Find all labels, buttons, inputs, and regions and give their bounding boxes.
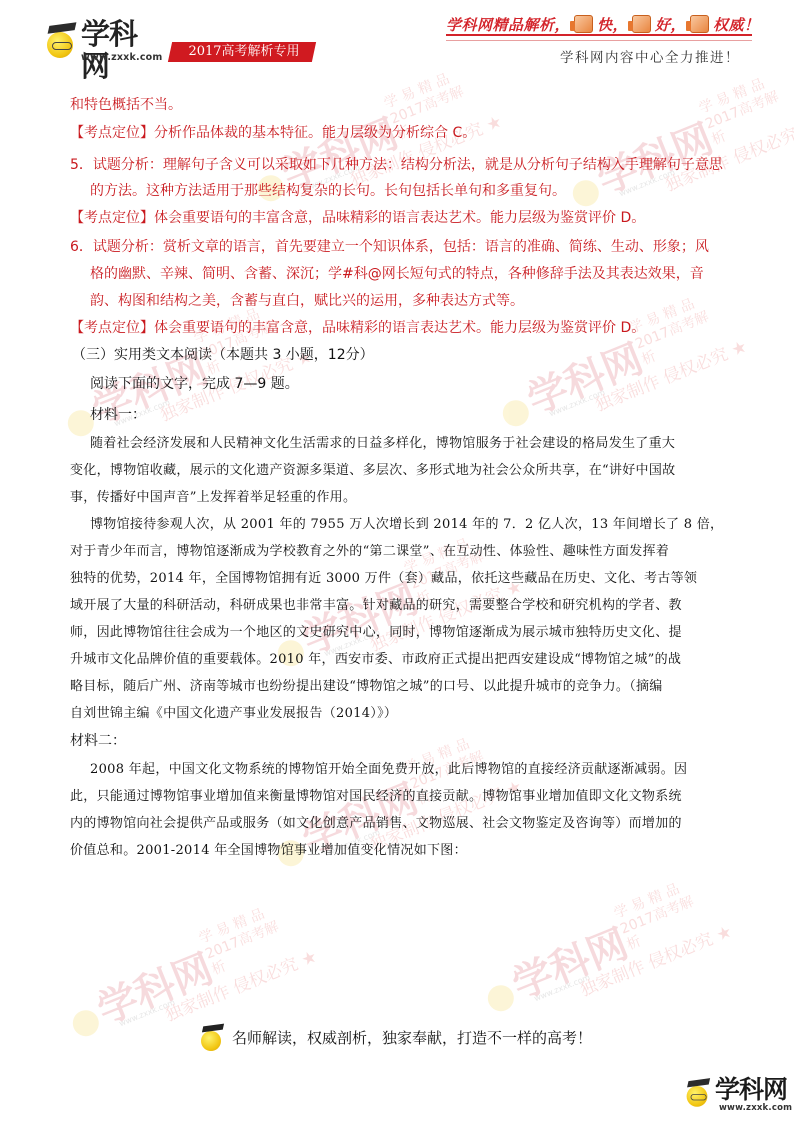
paragraph-line: 博物馆接待参观人次，从 2001 年的 7955 万人次增长到 2014 年的 … [90,513,723,532]
paragraph-line: 自刘世锦主编《中国文化遗产事业发展报告（2014）》） [70,702,397,721]
banner-label: 2017高考解析专用 [176,43,312,61]
paragraph-line: 师，因此博物馆往往会成为一个地区的文史研究中心，同时，博物馆逐渐成为展示城市独特… [70,621,682,640]
paragraph-line: 独特的优势，2014 年，全国博物馆拥有近 3000 万件（套）藏品，依托这些藏… [70,567,697,586]
material-heading: 材料一： [90,404,146,424]
paragraph-line: 内的博物馆向社会提供产品或服务（如文化创意产品销售、文物巡展、社会文物鉴定及咨询… [70,812,682,831]
footer-slogan: 名师解读，权威剖析，独家奉献，打造不一样的高考！ [232,1027,592,1048]
paragraph-line: 对于青少年而言，博物馆逐渐成为学校教育之外的“第二课堂”、在互动性、体验性、趣味… [70,540,669,559]
analysis-line: 5．试题分析：理解句子含义可以采取如下几种方法：结构分析法，就是从分析句子结构入… [70,154,723,174]
slogan-item: 权威！ [713,14,760,35]
instruction-text: 阅读下面的文字，完成 7—9 题。 [90,373,299,393]
key-point-tag: 【考点定位】 [70,320,154,336]
analysis-line: 格的幽默、辛辣、简明、含蓄、深沉；学#科@网长短句式的特点，各种修辞手法及其表达… [90,263,704,283]
material-heading: 材料二： [70,730,126,750]
footer-logo[interactable]: 学科网 www.zxxk.com [685,1072,790,1117]
logo-name: 学科网 [715,1074,787,1106]
key-point-line: 【考点定位】体会重要语句的丰富含意，品味精彩的语言表达艺术。能力层级为鉴赏评价 … [70,207,645,227]
key-point-text: 分析作品体裁的基本特征。能力层级为分析综合 C。 [154,125,476,141]
key-point-tag: 【考点定位】 [70,210,154,226]
paragraph-line: 价值总和。2001-2014 年全国博物馆事业增加值变化情况如下图： [70,839,467,858]
key-point-text: 体会重要语句的丰富含意，品味精彩的语言表达艺术。能力层级为鉴赏评价 D。 [154,210,645,226]
mascot-icon [685,1078,712,1107]
paragraph-line: 事，传播好中国声音”上发挥着举足轻重的作用。 [70,486,356,505]
key-point-tag: 【考点定位】 [70,125,154,141]
paragraph-line: 略目标，随后广州、济南等城市也纷纷提出建设“博物馆之城”的口号、以此提升城市的竞… [70,675,663,694]
thumbs-up-icon [632,15,651,33]
analysis-line: 和特色概括不当。 [70,94,182,114]
key-point-line: 【考点定位】分析作品体裁的基本特征。能力层级为分析综合 C。 [70,122,476,142]
footer-note: 名师解读，权威剖析，独家奉献，打造不一样的高考！ [200,1020,592,1054]
slogan-prefix: 学科网精品解析， [446,14,570,35]
thumbs-up-icon [574,15,593,33]
header-divider [446,34,752,36]
analysis-line: 6．试题分析：赏析文章的语言，首先要建立一个知识体系，包括：语言的准确、简练、生… [70,236,709,256]
key-point-text: 体会重要语句的丰富含意，品味精彩的语言表达艺术。能力层级为鉴赏评价 D。 [154,320,645,336]
slogan-item: 好， [655,14,686,35]
header-divider [446,40,752,41]
header-subslogan: 学科网内容中心全力推进！ [560,46,740,66]
page-header: 学科网 www.zxxk.com 2017高考解析专用 学科网精品解析， 快， … [0,0,794,80]
site-logo[interactable]: 学科网 www.zxxk.com [45,16,160,64]
paragraph-line: 域开展了大量的科研活动，科研成果也非常丰富。针对藏品的研究，需要整合学校和研究机… [70,594,682,613]
mascot-icon [45,22,79,58]
analysis-line: 韵、构图和结构之美，含蓄与直白，赋比兴的运用，多种表达方式等。 [90,290,524,310]
mascot-icon [200,1021,224,1053]
slogan-item: 快， [597,14,628,35]
analysis-line: 的方法。这种方法适用于那些结构复杂的长句。长句包括长单句和多重复句。 [90,180,566,200]
logo-name: 学科网 [81,18,160,82]
key-point-line: 【考点定位】体会重要语句的丰富含意，品味精彩的语言表达艺术。能力层级为鉴赏评价 … [70,317,645,337]
paragraph-line: 此，只能通过博物馆事业增加值来衡量博物馆对国民经济的直接贡献。博物馆事业增加值即… [70,785,682,804]
paragraph-line: 随着社会经济发展和人民精神文化生活需求的日益多样化，博物馆服务于社会建设的格局发… [90,432,675,451]
paragraph-line: 升城市文化品牌价值的重要载体。2010 年，西安市委、市政府正式提出把西安建设成… [70,648,681,667]
logo-url: www.zxxk.com [81,52,163,63]
header-slogan: 学科网精品解析， 快， 好， 权威！ [446,12,760,36]
paragraph-line: 2008 年起，中国文化文物系统的博物馆开始全面免费开放，此后博物馆的直接经济贡… [90,758,687,777]
logo-url: www.zxxk.com [719,1103,792,1113]
thumbs-up-icon [690,15,709,33]
section-heading: （三）实用类文本阅读（本题共 3 小题，12分） [72,344,374,364]
paragraph-line: 变化，博物馆收藏，展示的文化遗产资源多渠道、多层次、多形式地为社会公众所共享，在… [70,459,675,478]
